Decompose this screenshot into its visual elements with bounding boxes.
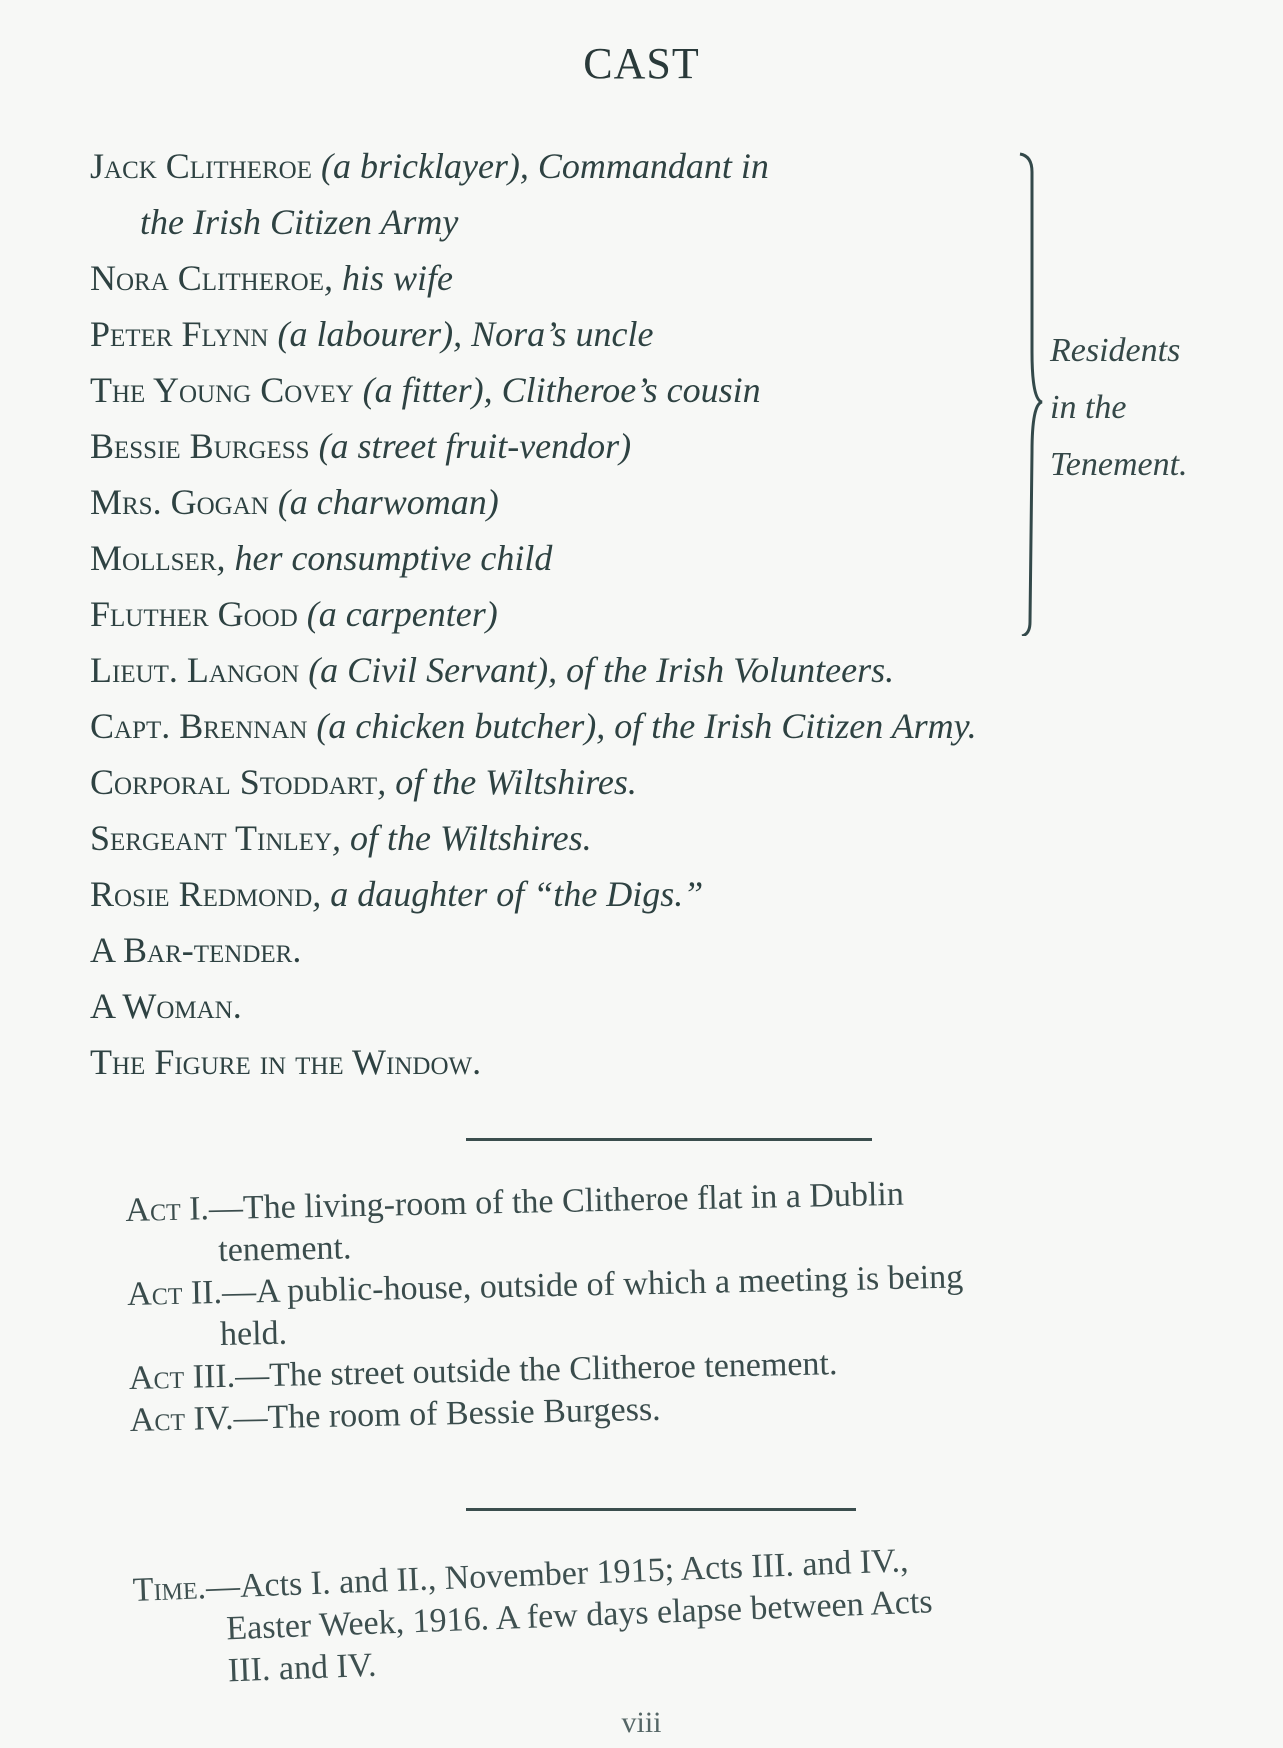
divider: [466, 1508, 856, 1511]
cast-list: Jack Clitheroe (a bricklayer), Commandan…: [90, 138, 1260, 1090]
cast-entry: A Woman.: [90, 978, 1260, 1034]
acts-list: Act I.—The living-room of the Clitheroe …: [125, 1168, 1190, 1442]
page-title: CAST: [0, 38, 1283, 89]
cast-entry: Corporal Stoddart, of the Wiltshires.: [90, 754, 1260, 810]
brace-note: Residents in the Tenement.: [1050, 322, 1188, 493]
cast-entry: A Bar-tender.: [90, 922, 1260, 978]
cast-entry: Lieut. Langon (a Civil Servant), of the …: [90, 642, 1260, 698]
cast-entry: Nora Clitheroe, his wife: [90, 250, 1260, 306]
time-note: Time.—Acts I. and II., November 1915; Ac…: [132, 1529, 1196, 1696]
divider: [466, 1138, 872, 1141]
cast-entry: The Figure in the Window.: [90, 1034, 1260, 1090]
book-page: CAST Jack Clitheroe (a bricklayer), Comm…: [0, 0, 1283, 1748]
cast-entry-continuation: the Irish Citizen Army: [90, 194, 1260, 250]
cast-entry: Jack Clitheroe (a bricklayer), Commandan…: [90, 138, 1260, 194]
cast-entry: Rosie Redmond, a daughter of “the Digs.”: [90, 866, 1260, 922]
cast-entry: Capt. Brennan (a chicken butcher), of th…: [90, 698, 1260, 754]
page-number: viii: [0, 1706, 1283, 1740]
curly-brace-icon: [1018, 152, 1048, 636]
cast-entry: Fluther Good (a carpenter): [90, 586, 1260, 642]
cast-entry: Mollser, her consumptive child: [90, 530, 1260, 586]
cast-entry: Sergeant Tinley, of the Wiltshires.: [90, 810, 1260, 866]
